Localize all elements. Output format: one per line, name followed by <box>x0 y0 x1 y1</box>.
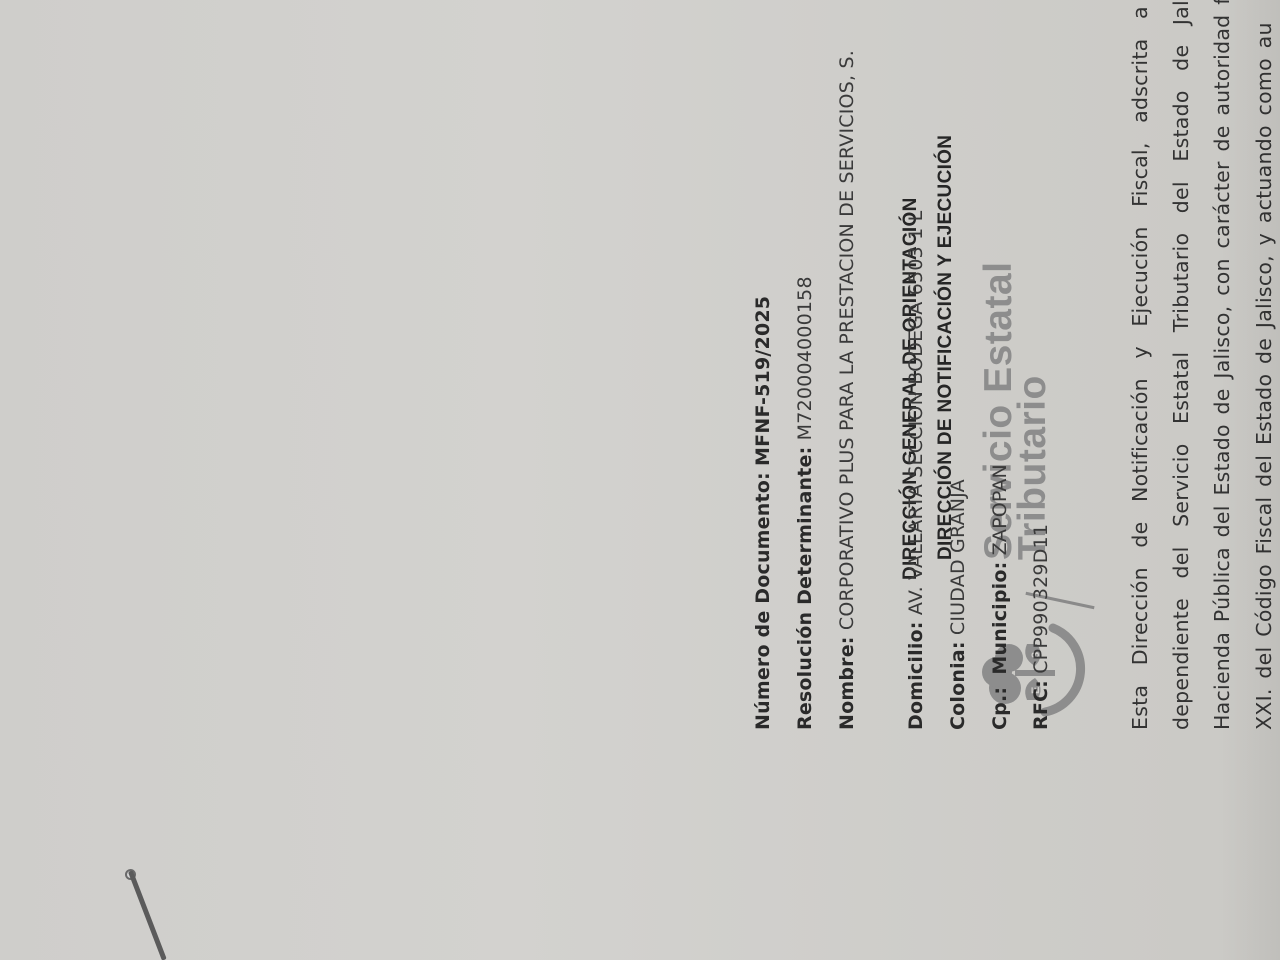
field-label-municipio: Municipio: <box>989 562 1011 675</box>
field-label: Nombre: <box>836 636 858 730</box>
field-resolucion: Resolución Determinante: M720004000158 <box>794 276 816 730</box>
field-value: M720004000158 <box>794 276 816 440</box>
paragraph-line: Hacienda Pública del Estado de Jalisco, … <box>1210 0 1234 730</box>
paragraph-line: Esta Dirección de Notificación y Ejecuci… <box>1128 0 1152 730</box>
field-numero-documento: Número de Documento: MFNF-519/2025 <box>752 296 774 730</box>
field-value-municipio: ZAPOPAN <box>989 464 1011 555</box>
field-colonia: Colonia: CIUDAD GRANJA <box>947 479 969 730</box>
field-label: Domicilio: <box>905 621 927 730</box>
field-label: Resolución Determinante: <box>794 447 816 730</box>
field-value: CIUDAD GRANJA <box>947 479 969 635</box>
field-cp-municipio: Cp.: Municipio: ZAPOPAN <box>989 464 1011 730</box>
field-value: MFNF-519/2025 <box>752 296 774 466</box>
field-nombre: Nombre: CORPORATIVO PLUS PARA LA PRESTAC… <box>836 50 858 730</box>
paragraph-line: XXI. del Código Fiscal del Estado de Jal… <box>1252 22 1276 730</box>
field-label-cp: Cp.: <box>989 687 1011 730</box>
field-value: CPP990329D11 <box>1030 524 1052 674</box>
field-value: AV. VALLARTA SECCION BODEGA 6503 1 L <box>905 211 927 616</box>
photo-background: E 3 Servicio Estatal Tributario DIRECCIÓ… <box>0 0 1280 960</box>
field-label: Número de Documento: <box>752 472 774 730</box>
field-label: RFC: <box>1030 680 1052 730</box>
field-rfc: RFC: CPP990329D11 <box>1030 524 1052 730</box>
document-page: E 3 Servicio Estatal Tributario DIRECCIÓ… <box>0 0 1280 960</box>
brand-line-2: Tributario <box>1016 262 1050 560</box>
field-domicilio: Domicilio: AV. VALLARTA SECCION BODEGA 6… <box>905 211 927 730</box>
field-value: CORPORATIVO PLUS PARA LA PRESTACION DE S… <box>836 50 858 630</box>
field-label: Colonia: <box>947 641 969 730</box>
paragraph-line: dependiente del Servicio Estatal Tributa… <box>1169 0 1193 730</box>
